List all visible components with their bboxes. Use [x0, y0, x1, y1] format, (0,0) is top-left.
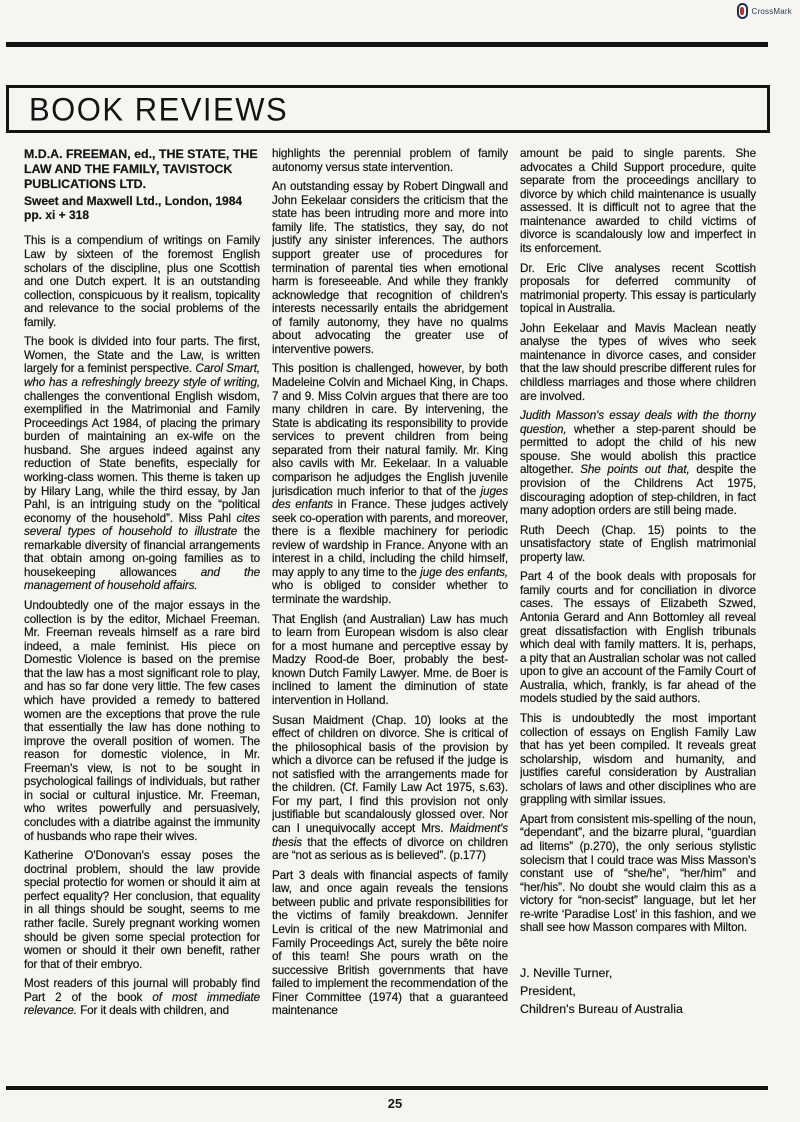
text-run: John Eekelaar and Mavis Maclean neatly a… — [520, 322, 756, 403]
text-run: Sweet and Maxwell Ltd., London, 1984 pp.… — [24, 194, 242, 222]
text-run: This position is challenged, however, by… — [272, 362, 508, 497]
text-run: Susan Maidment (Chap. 10) looks at the e… — [272, 714, 508, 836]
paragraph: Apart from consistent mis-spelling of th… — [520, 813, 756, 935]
crossmark-icon-flame — [740, 7, 744, 15]
text-run: Part 3 deals with financial aspects of f… — [272, 869, 508, 1018]
section-header-box: BOOK REVIEWS — [6, 85, 770, 133]
italic-text-run: She points out that, — [580, 463, 689, 476]
paragraph: Susan Maidment (Chap. 10) looks at the e… — [272, 714, 508, 863]
crossmark-label: CrossMark — [752, 7, 792, 16]
text-run: that the effects of divorce on children … — [272, 836, 508, 863]
text-run: Dr. Eric Clive analyses recent Scottish … — [520, 262, 756, 316]
paragraph: amount be paid to single parents. She ad… — [520, 147, 756, 256]
paragraph: This is undoubtedly the most important c… — [520, 712, 756, 807]
paragraph: That English (and Australian) Law has mu… — [272, 613, 508, 708]
paragraph: Judith Masson's essay deals with the tho… — [520, 409, 756, 518]
paragraph: Katherine O'Donovan's essay poses the do… — [24, 849, 260, 971]
text-run: Undoubtedly one of the major essays in t… — [24, 599, 260, 843]
italic-text-run: juge des enfants, — [420, 566, 508, 579]
text-run: M.D.A. FREEMAN, ed., THE STATE, THE LAW … — [24, 147, 258, 191]
text-run: This is undoubtedly the most important c… — [520, 712, 756, 806]
paragraph: Part 4 of the book deals with proposals … — [520, 570, 756, 706]
article-body: M.D.A. FREEMAN, ed., THE STATE, THE LAW … — [24, 147, 756, 1083]
paragraph: highlights the perennial problem of fami… — [272, 147, 508, 174]
text-run: Ruth Deech (Chap. 15) points to the unsa… — [520, 524, 756, 564]
signature: J. Neville Turner, President, Children's… — [520, 965, 756, 1019]
column-3: amount be paid to single parents. She ad… — [520, 147, 756, 1083]
paragraph: Ruth Deech (Chap. 15) points to the unsa… — [520, 524, 756, 565]
text-run: who is obliged to consider whether to te… — [272, 579, 508, 606]
column-1: M.D.A. FREEMAN, ed., THE STATE, THE LAW … — [24, 147, 260, 1083]
page-number: 25 — [0, 1096, 790, 1111]
text-run: Katherine O'Donovan's essay poses the do… — [24, 849, 260, 971]
paragraph: The book is divided into four parts. The… — [24, 335, 260, 593]
paragraph: John Eekelaar and Mavis Maclean neatly a… — [520, 322, 756, 403]
book-publisher: Sweet and Maxwell Ltd., London, 1984 pp.… — [24, 194, 260, 223]
crossmark-badge[interactable]: CrossMark — [737, 3, 792, 19]
text-run: That English (and Australian) Law has mu… — [272, 613, 508, 707]
text-run: This is a compendium of writings on Fami… — [24, 234, 260, 328]
top-rule — [6, 42, 768, 47]
paragraph: This position is challenged, however, by… — [272, 362, 508, 606]
text-run: highlights the perennial problem of fami… — [272, 147, 508, 174]
bottom-rule — [6, 1086, 768, 1090]
text-run: An outstanding essay by Robert Dingwall … — [272, 180, 508, 356]
crossmark-icon — [737, 3, 748, 19]
text-run: Part 4 of the book deals with proposals … — [520, 570, 756, 705]
scanned-journal-page: CrossMark BOOK REVIEWS M.D.A. FREEMAN, e… — [0, 0, 800, 1122]
text-run: For it deals with children, and — [77, 1004, 229, 1017]
text-run: J. Neville Turner, President, Children's… — [520, 966, 683, 1016]
column-2: highlights the perennial problem of fami… — [272, 147, 508, 1083]
text-run: challenges the conventional English wisd… — [24, 390, 260, 525]
paragraph: Most readers of this journal will probab… — [24, 977, 260, 1018]
paragraph: An outstanding essay by Robert Dingwall … — [272, 180, 508, 356]
paragraph: Dr. Eric Clive analyses recent Scottish … — [520, 262, 756, 316]
paragraph: Part 3 deals with financial aspects of f… — [272, 869, 508, 1018]
text-run: amount be paid to single parents. She ad… — [520, 147, 756, 255]
book-title: M.D.A. FREEMAN, ed., THE STATE, THE LAW … — [24, 147, 260, 192]
text-run: Apart from consistent mis-spelling of th… — [520, 813, 756, 935]
page-title: BOOK REVIEWS — [9, 93, 288, 125]
paragraph: Undoubtedly one of the major essays in t… — [24, 599, 260, 843]
paragraph: This is a compendium of writings on Fami… — [24, 234, 260, 329]
